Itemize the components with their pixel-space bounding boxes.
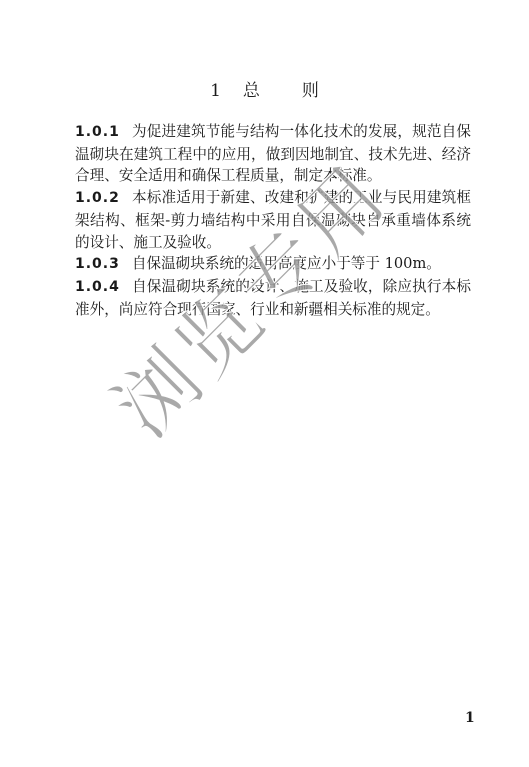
clause-text: 自保温砌块系统的设计、施工及验收，除应执行本标准外，尚应符合现行国家、行业和新疆… [75, 278, 471, 318]
chapter-title-char-1: 总 [243, 76, 260, 101]
clause-1-0-1: 1.0.1为促进建筑节能与结构一体化技术的发展，规范自保温砌块在建筑工程中的应用… [75, 121, 471, 187]
clause-1-0-2: 1.0.2本标准适用于新建、改建和扩建的工业与民用建筑框架结构、框架-剪力墙结构… [75, 187, 471, 253]
chapter-title: 1总则 [0, 76, 529, 101]
clause-number: 1.0.3 [75, 256, 120, 272]
chapter-body: 1.0.1为促进建筑节能与结构一体化技术的发展，规范自保温砌块在建筑工程中的应用… [75, 121, 471, 320]
chapter-number: 1 [210, 81, 221, 101]
clause-text: 为促进建筑节能与结构一体化技术的发展，规范自保温砌块在建筑工程中的应用，做到因地… [75, 123, 471, 184]
clause-number: 1.0.2 [75, 190, 120, 206]
clause-1-0-3: 1.0.3自保温砌块系统的适用高度应小于等于 100m。 [75, 253, 471, 276]
page-number: 1 [465, 710, 475, 726]
document-page: 1总则 1.0.1为促进建筑节能与结构一体化技术的发展，规范自保温砌块在建筑工程… [0, 0, 529, 767]
clause-number: 1.0.4 [75, 279, 120, 295]
clause-1-0-4: 1.0.4自保温砌块系统的设计、施工及验收，除应执行本标准外，尚应符合现行国家、… [75, 276, 471, 320]
clause-number: 1.0.1 [75, 124, 120, 140]
chapter-title-char-2: 则 [302, 81, 319, 101]
clause-text: 本标准适用于新建、改建和扩建的工业与民用建筑框架结构、框架-剪力墙结构中采用自保… [75, 189, 471, 250]
clause-text: 自保温砌块系统的适用高度应小于等于 100m。 [132, 255, 441, 272]
